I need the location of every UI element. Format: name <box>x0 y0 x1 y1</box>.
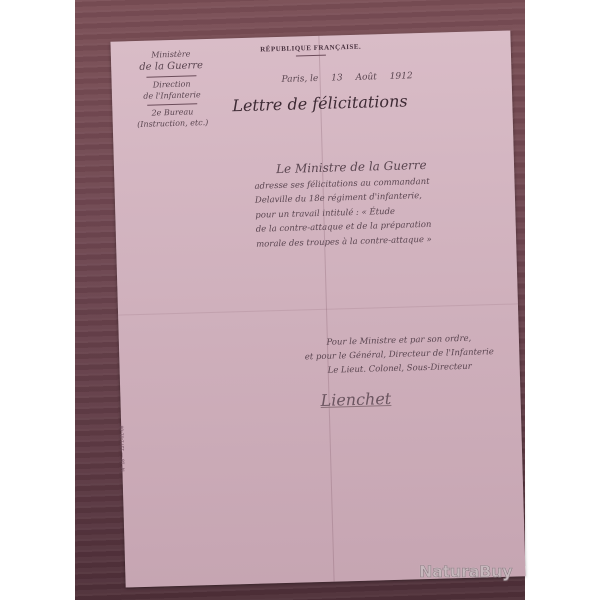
fold-line-horizontal <box>118 303 518 315</box>
republic-header-text: RÉPUBLIQUE FRANÇAISE. <box>251 42 371 53</box>
ministry-header: Ministère de la Guerre Direction de l'In… <box>131 49 213 130</box>
date-month: Août <box>355 72 377 83</box>
republic-header: RÉPUBLIQUE FRANÇAISE. <box>251 42 371 57</box>
letter-title: Lettre de félicitations <box>232 91 408 115</box>
margin-print-number: N° 18 — 1371-01-08 <box>119 426 126 472</box>
letter-paper: Ministère de la Guerre Direction de l'In… <box>110 31 525 588</box>
letter-body: Le Ministre de la Guerre adresse ses fél… <box>254 156 506 252</box>
date-day: 13 <box>331 73 343 83</box>
date-place: Paris, le <box>281 74 318 85</box>
divider <box>296 55 326 57</box>
dateline: Paris, le 13 Août 1912 <box>281 71 422 85</box>
direction-line-2: de l'Infanterie <box>132 90 212 103</box>
ministry-line-2: de la Guerre <box>131 59 211 74</box>
naturabuy-watermark: NaturaBuy <box>419 562 512 581</box>
divider <box>147 103 197 105</box>
date-year: 1912 <box>390 71 413 82</box>
closing-block: Pour le Ministre et par son ordre, et po… <box>289 331 510 379</box>
bureau-line-2: (Instruction, etc.) <box>133 117 213 130</box>
divider <box>146 76 196 78</box>
signature: Lienchet <box>320 389 391 410</box>
